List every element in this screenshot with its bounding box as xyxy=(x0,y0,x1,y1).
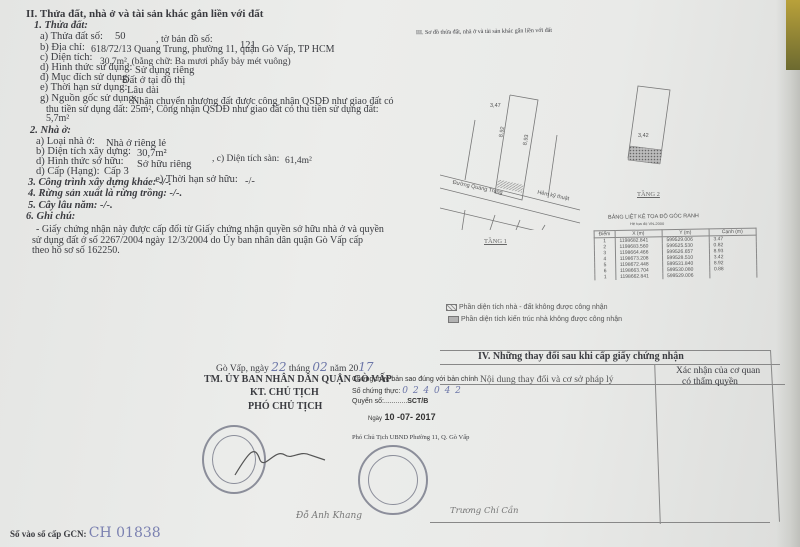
signer-name: Đỗ Anh Khang xyxy=(296,510,362,522)
origin-line3: 5,7m² xyxy=(46,113,69,125)
own-term-value: -/- xyxy=(245,176,255,188)
official-stamp-ward xyxy=(358,445,428,515)
site-plan-floor2 xyxy=(620,80,680,190)
dots-swatch-icon xyxy=(448,316,459,323)
cert-date-value: 10 -07- 2017 xyxy=(385,412,436,422)
site-plan-floor1 xyxy=(440,80,590,230)
floor1-label: TẦNG 1 xyxy=(484,236,507,248)
date-day: 22 xyxy=(271,360,286,374)
background-object xyxy=(786,0,800,70)
section4-col-divider xyxy=(654,364,661,524)
legend-text: Phần diện tích nhà - đất không được công… xyxy=(459,304,608,311)
coord-table: Điểm X (m) Y (m) Cạnh (m) 11198682.84159… xyxy=(594,228,758,281)
dim-3: 8,92 xyxy=(496,126,510,139)
registry-label: Số vào sổ cấp GCN: xyxy=(10,529,87,539)
dim-1: 3,47 xyxy=(490,100,501,112)
signature-mark xyxy=(230,430,330,490)
cert-signer-name: Trương Chí Cần xyxy=(450,505,519,517)
coord-cell: 599529.006 xyxy=(663,272,710,279)
year-label: năm 20 xyxy=(330,364,358,374)
section2-title: II. Thửa đất, nhà ở và tài sản khác gắn … xyxy=(26,8,263,20)
origin-line2: thu tiền sử dụng đất: 25m², Công nhận QS… xyxy=(46,104,379,116)
ownership-value: Sở hữu riêng xyxy=(137,159,191,171)
floor2-label: TẦNG 2 xyxy=(637,189,660,201)
section3-title: III. Sơ đồ thửa đất, nhà ở và tài sản kh… xyxy=(416,25,552,39)
floor-area-label: , c) Diện tích sàn: xyxy=(212,153,279,165)
place-date: Gò Vấp, ngày 22 tháng 02 năm 2017 xyxy=(216,361,374,375)
registry-number: Số vào sổ cấp GCN: CH 01838 xyxy=(10,527,161,540)
notes-line3: theo hồ sơ số 162250. xyxy=(32,245,120,257)
registry-value: CH 01838 xyxy=(89,525,161,541)
cert-number-value: 0 2 4 0 4 2 xyxy=(402,386,462,396)
legend-text: Phần diện tích kiến trúc nhà không được … xyxy=(461,316,622,323)
signer-role-1: KT. CHỦ TỊCH xyxy=(250,387,319,399)
section4-title: IV. Những thay đổi sau khi cấp giấy chứn… xyxy=(478,351,684,363)
address-value: 618/72/13 Quang Trung, phường 11, quận G… xyxy=(91,44,335,56)
dim-2: 8,93 xyxy=(520,134,534,147)
cert-number-label: Số chứng thực: xyxy=(352,388,400,395)
coord-cell xyxy=(709,272,756,279)
legend-item-2: Phần diện tích kiến trúc nhà không được … xyxy=(448,314,622,326)
cert-date-label: Ngày xyxy=(368,416,382,422)
coord-cell: 1 xyxy=(595,274,616,280)
signer-role-2: PHÓ CHỦ TỊCH xyxy=(248,401,322,413)
dim-4: 3,42 xyxy=(638,130,649,142)
cert-signer-role: Phó Chủ Tịch UBND Phường 11, Q. Gò Vấp xyxy=(352,432,469,444)
book-label: Quyển số: xyxy=(352,398,384,405)
floor-area-value: 61,4m² xyxy=(285,155,312,167)
coord-cell: 1198662.841 xyxy=(616,273,663,280)
hatch-swatch-icon xyxy=(446,304,457,311)
date-month: 02 xyxy=(312,360,327,374)
legend-item-1: Phần diện tích nhà - đất không được công… xyxy=(446,302,608,314)
page-edge xyxy=(776,0,800,547)
notes-heading: 6. Ghi chú: xyxy=(26,211,75,223)
coord-table-subtitle: Hệ tọa độ VN-2000 xyxy=(630,218,664,230)
section4-col2-line2: có thẩm quyền xyxy=(682,376,738,388)
book-suffix: SCT/B xyxy=(407,398,428,405)
section4-col1: Nội dung thay đổi và cơ sở pháp lý xyxy=(480,374,614,386)
month-label: tháng xyxy=(289,364,310,374)
place-prefix: Gò Vấp, ngày xyxy=(216,364,269,374)
divider xyxy=(430,522,770,523)
book-number: Quyển số:............SCT/B xyxy=(352,396,428,408)
cert-date: Ngày 10 -07- 2017 xyxy=(368,411,436,425)
parcel-number: 50 xyxy=(115,31,126,43)
date-year: 17 xyxy=(358,360,373,374)
forest: 4. Rừng sản xuất là rừng trồng: -/-. xyxy=(28,188,182,200)
